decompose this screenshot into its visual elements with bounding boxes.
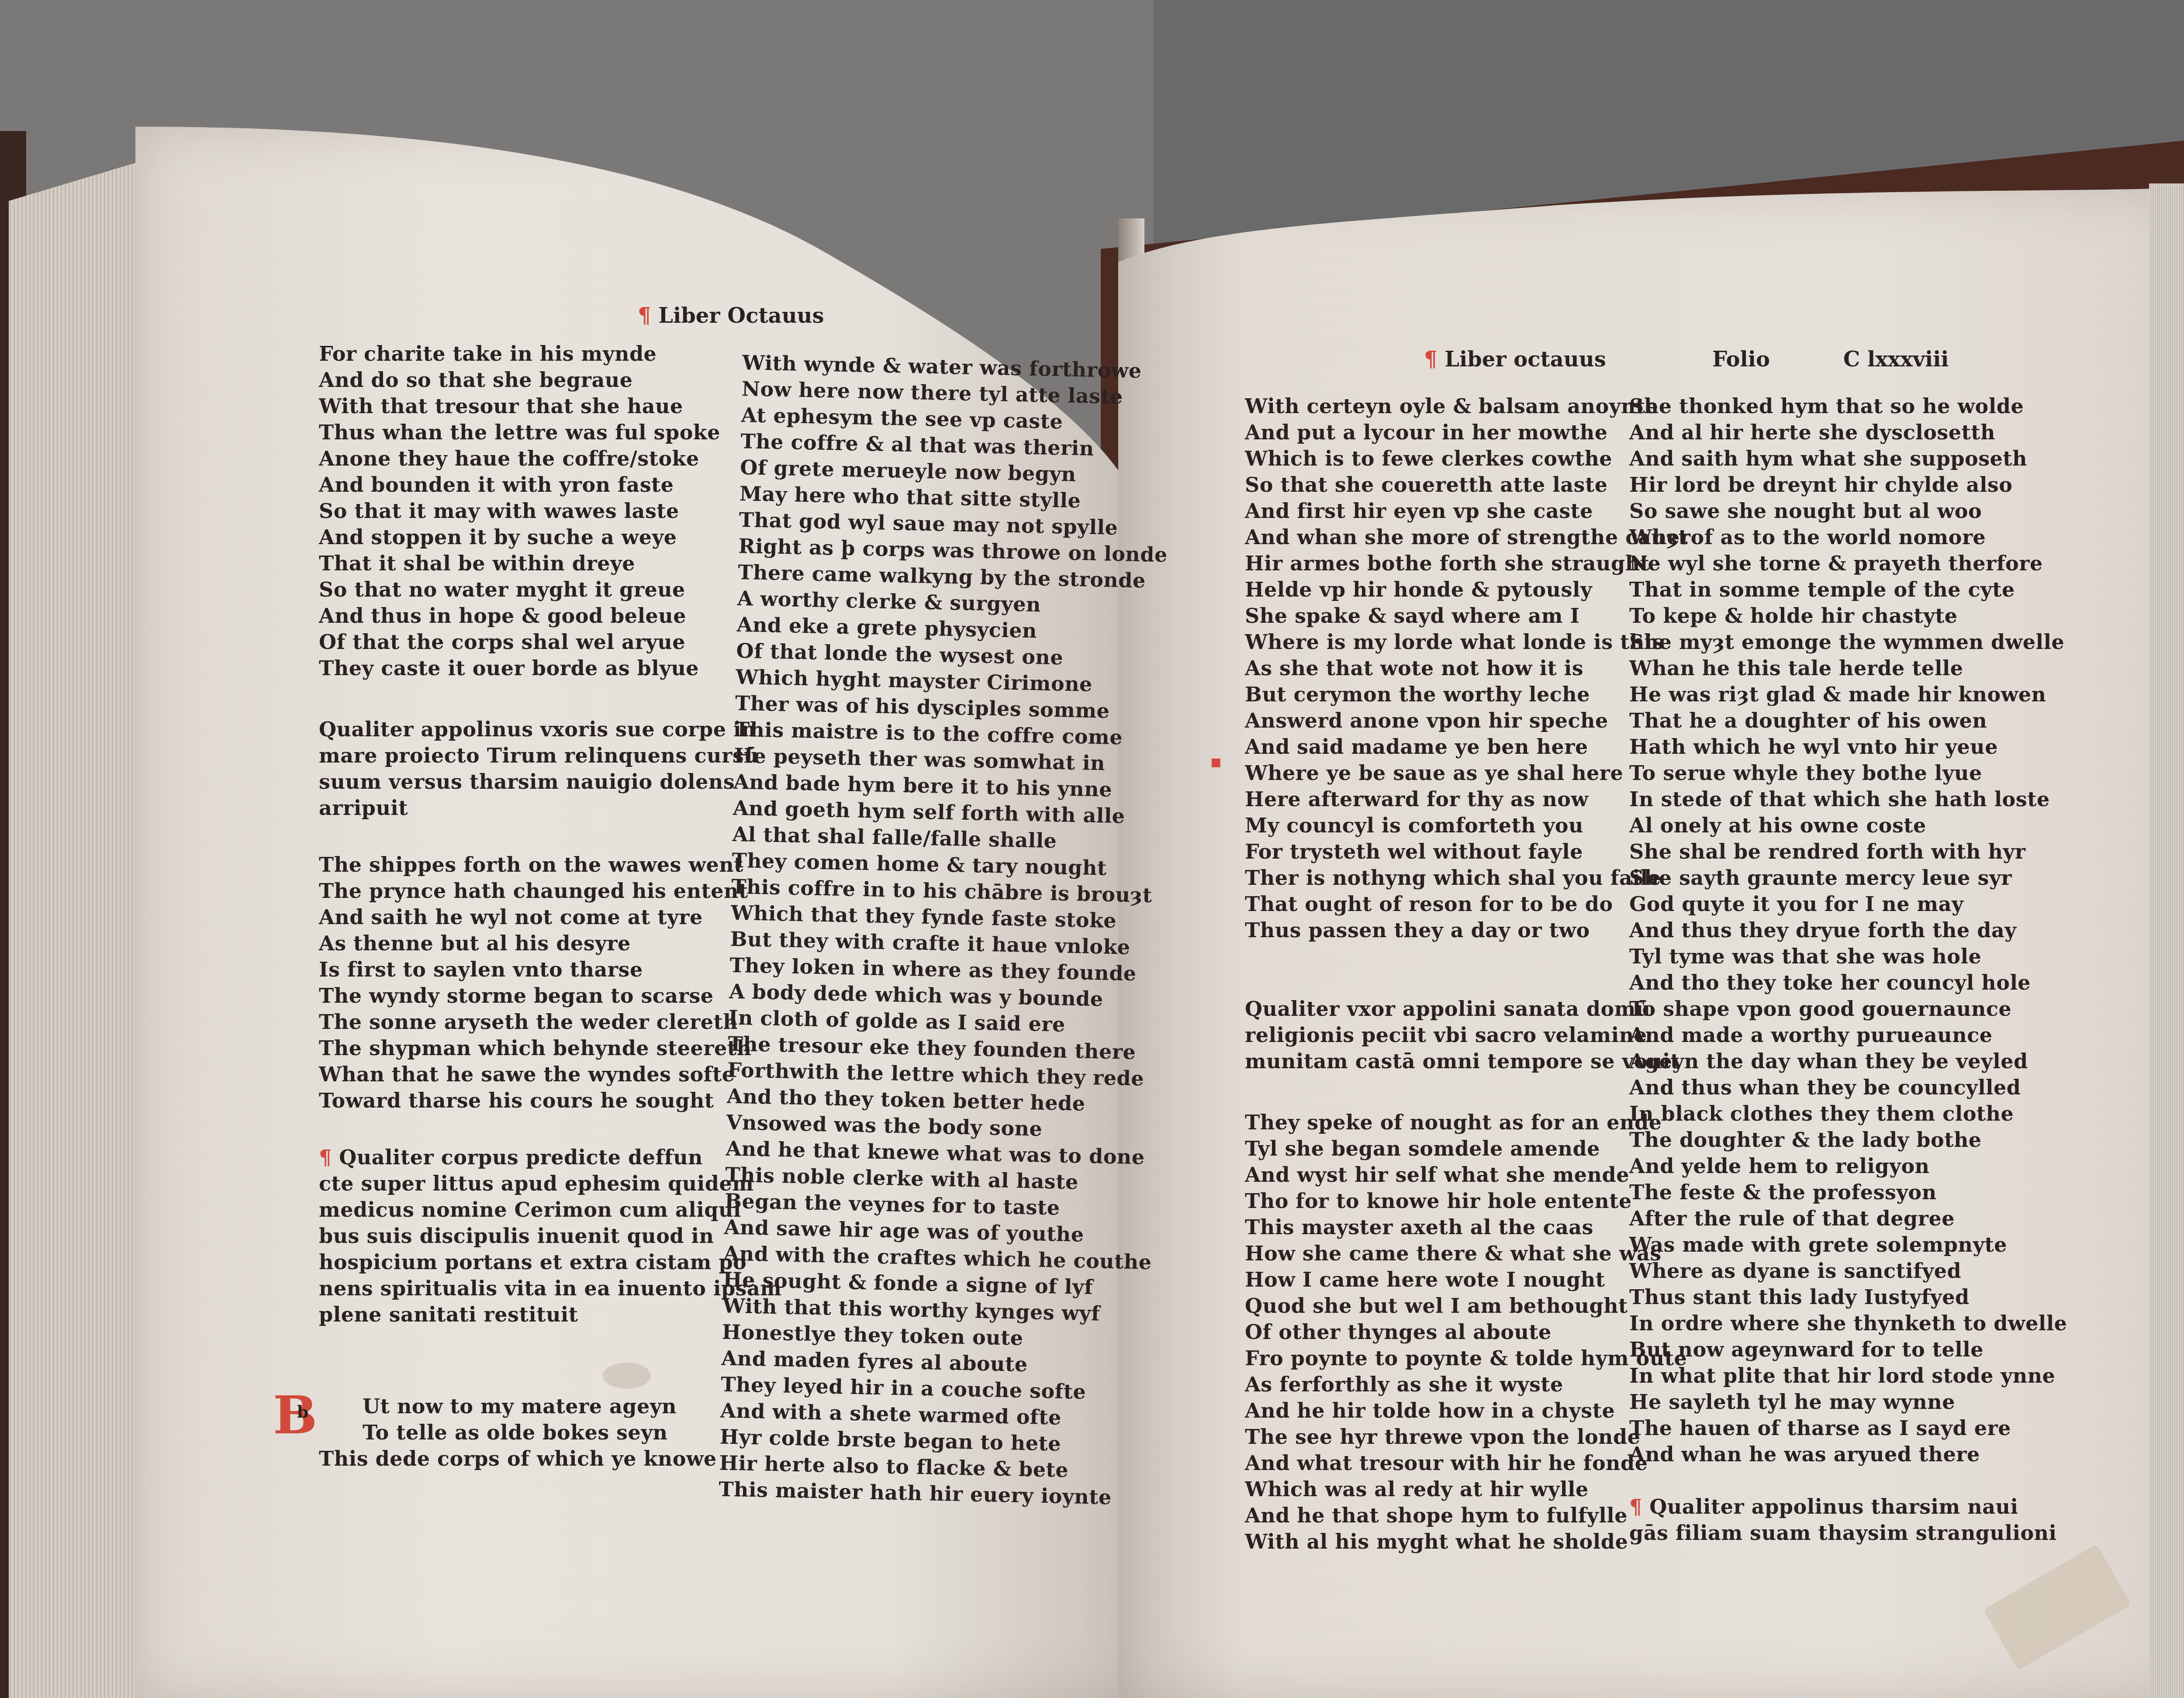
verse-line: Fro poynte to poynte & tolde hym oute bbox=[1245, 1345, 1688, 1371]
rubric-mark: ▪ bbox=[1210, 751, 1222, 772]
verse-line: And yelde hem to religyon bbox=[1629, 1153, 2067, 1179]
verse-line: In what plite that hir lord stode ynne bbox=[1629, 1363, 2067, 1389]
verse-line: In ordre where she thynketh to dwelle bbox=[1629, 1310, 2067, 1336]
verse-line: So that no water myght it greue bbox=[319, 576, 782, 603]
verse-line: Tyl she began somdele amende bbox=[1245, 1135, 1688, 1162]
verse-line: He sayleth tyl he may wynne bbox=[1629, 1389, 2067, 1415]
verse-line: For trysteth wel without fayle bbox=[1245, 839, 1688, 865]
verse-line: As ferforthly as she it wyste bbox=[1245, 1371, 1688, 1398]
verse-line: Tho for to knowe hir hole entente bbox=[1245, 1188, 1688, 1214]
verse-line: Wherof as to the world nomore bbox=[1629, 524, 2067, 550]
verse-line: She shal be rendred forth with hyr bbox=[1629, 839, 2067, 865]
verse-line: So sawe she nought but al woo bbox=[1629, 498, 2067, 524]
verse-line: Ther is nothyng which shal you faile bbox=[1245, 865, 1688, 891]
verse-line: Is first to saylen vnto tharse bbox=[319, 956, 782, 983]
latin-gloss-line: religionis peciit vbi sacro velamine bbox=[1245, 1022, 1688, 1048]
verse-line: As she that wote not how it is bbox=[1245, 655, 1688, 681]
verse-line: And said madame ye ben here bbox=[1245, 734, 1688, 760]
verse-line: And saith hym what she supposeth bbox=[1629, 445, 2067, 472]
rubricated-initial: B bbox=[273, 1384, 317, 1446]
verse-line: Where is my lorde what londe is this bbox=[1245, 629, 1688, 655]
verse-line: So that she coueretth atte laste bbox=[1245, 472, 1688, 498]
verse-line: Al onely at his owne coste bbox=[1629, 812, 2067, 839]
latin-text: Qualiter appolinus tharsim naui bbox=[1649, 1495, 2018, 1519]
verse-line: And he hir tolde how in a chyste bbox=[1245, 1398, 1688, 1424]
verse-line: As thenne but al his desyre bbox=[319, 930, 782, 956]
verse-line: In stede of that which she hath loste bbox=[1629, 786, 2067, 812]
latin-gloss-line: gās filiam suam thaysim strangulioni bbox=[1629, 1520, 2067, 1546]
pilcrow-icon: ¶ bbox=[638, 304, 651, 328]
latin-gloss-line: Qualiter vxor appolini sanata domū bbox=[1245, 996, 1688, 1022]
latin-gloss-line: cte super littus apud ephesim quidem bbox=[319, 1170, 782, 1197]
verse-line: Where as dyane is sanctifyed bbox=[1629, 1258, 2067, 1284]
latin-gloss-line: munitam castā omni tempore se vouit bbox=[1245, 1048, 1688, 1074]
verse-line: But cerymon the worthy leche bbox=[1245, 681, 1688, 707]
verse-line: And whan he was aryued there bbox=[1629, 1441, 2067, 1467]
verse-line: She sayth graunte mercy leue syr bbox=[1629, 865, 2067, 891]
verse-line: And do so that she begraue bbox=[319, 367, 782, 393]
verse-line: And bounden it with yron faste bbox=[319, 472, 782, 498]
verse-line: And he that shope hym to fulfylle bbox=[1245, 1502, 1688, 1529]
pilcrow-icon: ¶ bbox=[319, 1146, 332, 1169]
running-head-title: Liber Octauus bbox=[658, 304, 824, 328]
verse-line: How I came here wote I nought bbox=[1245, 1267, 1688, 1293]
verse-line: With al his myght what he sholde bbox=[1245, 1529, 1688, 1555]
verse-line: Whan he this tale herde telle bbox=[1629, 655, 2067, 681]
verse-line: And whan she more of strengthe cauȝt bbox=[1245, 524, 1688, 550]
verse-line: This mayster axeth al the caas bbox=[1245, 1214, 1688, 1240]
verse-line: And saith he wyl not come at tyre bbox=[319, 904, 782, 930]
verse-line: That it shal be within dreye bbox=[319, 550, 782, 576]
verse-line: Hir lord be dreynt hir chylde also bbox=[1629, 472, 2067, 498]
verse-line: Hath which he wyl vnto hir yeue bbox=[1629, 734, 2067, 760]
left-running-head: ¶ Liber Octauus bbox=[638, 304, 824, 328]
verse-line: Answerd anone vpon hir speche bbox=[1245, 707, 1688, 734]
running-head-title: Liber octauus bbox=[1444, 347, 1606, 372]
verse-line: And put a lycour in her mowthe bbox=[1245, 419, 1688, 445]
verse-line: And thus whan they be councylled bbox=[1629, 1074, 2067, 1101]
latin-gloss-line: nens spiritualis vita in ea inuento ipsa… bbox=[319, 1275, 782, 1301]
pilcrow-icon: ¶ bbox=[1629, 1495, 1642, 1519]
verse-line: The hauen of tharse as I sayd ere bbox=[1629, 1415, 2067, 1441]
verse-line: He was riȝt glad & made hir knowen bbox=[1629, 681, 2067, 707]
verse-line: That he a doughter of his owen bbox=[1629, 707, 2067, 734]
folio-label: Folio bbox=[1712, 347, 1770, 372]
verse-line: They caste it ouer borde as blyue bbox=[319, 655, 782, 681]
verse-line: For charite take in his mynde bbox=[319, 341, 782, 367]
verse-line: To shape vpon good gouernaunce bbox=[1629, 996, 2067, 1022]
verse-line: Where ye be saue as ye shal here bbox=[1245, 760, 1688, 786]
verse-line: Thus whan the lettre was ful spoke bbox=[319, 419, 782, 445]
verse-line: Here afterward for thy as now bbox=[1245, 786, 1688, 812]
verse-line: With certeyn oyle & balsam anoynte bbox=[1245, 393, 1688, 419]
verse-line: So that it may with wawes laste bbox=[319, 498, 782, 524]
verse-line: My councyl is comforteth you bbox=[1245, 812, 1688, 839]
verse-line: This dede corps of which ye knowe bbox=[319, 1446, 782, 1472]
verse-line: God quyte it you for I ne may bbox=[1629, 891, 2067, 917]
verse-line: Tyl tyme was that she was hole bbox=[1629, 943, 2067, 970]
latin-gloss-line: Qualiter appolinus vxoris sue corpe in bbox=[319, 716, 782, 742]
right-running-head: ¶ Liber octauus bbox=[1424, 347, 1606, 372]
verse-line: The see hyr threwe vpon the londe bbox=[1245, 1424, 1688, 1450]
verse-line: The shippes forth on the wawes went bbox=[319, 852, 782, 878]
verse-line: Ut now to my matere ageyn bbox=[319, 1393, 782, 1419]
verse-line: Ne wyl she torne & prayeth therfore bbox=[1629, 550, 2067, 576]
verse-line: After the rule of that degree bbox=[1629, 1205, 2067, 1232]
verse-line: How she came there & what she was bbox=[1245, 1240, 1688, 1267]
verse-line: That in somme temple of the cyte bbox=[1629, 576, 2067, 603]
latin-gloss-line: ¶ Qualiter corpus predicte deffun bbox=[319, 1144, 782, 1170]
verse-line: And what tresour with hir he fonde bbox=[1245, 1450, 1688, 1476]
verse-line: Whan that he sawe the wyndes softe bbox=[319, 1061, 782, 1087]
verse-line: Of that the corps shal wel aryue bbox=[319, 629, 782, 655]
verse-line: With that tresour that she haue bbox=[319, 393, 782, 419]
right-page-stack-edge bbox=[2149, 183, 2184, 1698]
pilcrow-icon: ¶ bbox=[1424, 347, 1438, 372]
verse-line: But now ageynward for to telle bbox=[1629, 1336, 2067, 1363]
latin-gloss-line: medicus nomine Cerimon cum aliqui bbox=[319, 1197, 782, 1223]
verse-line: The doughter & the lady bothe bbox=[1629, 1127, 2067, 1153]
verse-line: And al hir herte she dysclosetth bbox=[1629, 419, 2067, 445]
verse-line: Toward tharse his cours he sought bbox=[319, 1087, 782, 1114]
verse-line: The feste & the professyon bbox=[1629, 1179, 2067, 1205]
left-page-stack-edge bbox=[9, 162, 140, 1698]
folio-number: C lxxxviii bbox=[1843, 347, 1949, 372]
verse-line: To serue whyle they bothe lyue bbox=[1629, 760, 2067, 786]
latin-text: Qualiter corpus predicte deffun bbox=[339, 1146, 703, 1169]
verse-line: And wyst hir self what she mende bbox=[1245, 1162, 1688, 1188]
verse-line: That ought of reson for to be do bbox=[1245, 891, 1688, 917]
verse-line: And stoppen it by suche a weye bbox=[319, 524, 782, 550]
verse-line: Which is to fewe clerkes cowthe bbox=[1245, 445, 1688, 472]
verse-line: The shypman which behynde steereth bbox=[319, 1035, 782, 1061]
verse-line: Anone they haue the coffre/stoke bbox=[319, 445, 782, 472]
latin-gloss-line: arripuit bbox=[319, 795, 782, 821]
left-page-column-1: For charite take in his mynde And do so … bbox=[319, 341, 782, 1472]
latin-gloss-line: ¶ Qualiter appolinus tharsim naui bbox=[1629, 1494, 2067, 1520]
left-page-column-2: With wynde & water was forthrowe Now her… bbox=[719, 349, 1172, 1511]
verse-line: Of other thynges al aboute bbox=[1245, 1319, 1688, 1345]
verse-line: And tho they toke her councyl hole bbox=[1629, 970, 2067, 996]
verse-line: Was made with grete solempnyte bbox=[1629, 1232, 2067, 1258]
verse-line: She thonked hym that so he wolde bbox=[1629, 393, 2067, 419]
verse-line: In black clothes they them clothe bbox=[1629, 1101, 2067, 1127]
verse-line: And first hir eyen vp she caste bbox=[1245, 498, 1688, 524]
verse-line: She spake & sayd where am I bbox=[1245, 603, 1688, 629]
verse-line: The wyndy storme began to scarse bbox=[319, 983, 782, 1009]
guide-letter: b bbox=[297, 1402, 309, 1422]
verse-line: Ageyn the day whan they be veyled bbox=[1629, 1048, 2067, 1074]
verse-line: They speke of nought as for an ende bbox=[1245, 1109, 1688, 1135]
verse-line: She myȝt emonge the wymmen dwelle bbox=[1629, 629, 2067, 655]
latin-gloss-line: bus suis discipulis inuenit quod in bbox=[319, 1223, 782, 1249]
verse-line: Hir armes bothe forth she straught bbox=[1245, 550, 1688, 576]
verse-line: The sonne aryseth the weder clereth bbox=[319, 1009, 782, 1035]
right-page-column-1: With certeyn oyle & balsam anoynte And p… bbox=[1245, 393, 1688, 1555]
verse-line: Thus passen they a day or two bbox=[1245, 917, 1688, 943]
right-page-column-2: She thonked hym that so he wolde And al … bbox=[1629, 393, 2067, 1546]
verse-line: Thus stant this lady Iustyfyed bbox=[1629, 1284, 2067, 1310]
verse-line: Which was al redy at hir wylle bbox=[1245, 1476, 1688, 1502]
latin-gloss-line: suum versus tharsim nauigio dolens bbox=[319, 769, 782, 795]
verse-line: To kepe & holde hir chastyte bbox=[1629, 603, 2067, 629]
verse-line: The prynce hath chaunged his entent bbox=[319, 878, 782, 904]
latin-gloss-line: mare proiecto Tirum relinquens cursū bbox=[319, 742, 782, 769]
latin-gloss-line: plene sanitati restituit bbox=[319, 1301, 782, 1328]
verse-line: Helde vp hir honde & pytously bbox=[1245, 576, 1688, 603]
verse-line: And thus they dryue forth the day bbox=[1629, 917, 2067, 943]
verse-line: Quod she but wel I am bethought bbox=[1245, 1293, 1688, 1319]
verse-line: To telle as olde bokes seyn bbox=[319, 1419, 782, 1446]
verse-line: And thus in hope & good beleue bbox=[319, 603, 782, 629]
verse-line: And made a worthy purueaunce bbox=[1629, 1022, 2067, 1048]
latin-gloss-line: hospicium portans et extra cistam po bbox=[319, 1249, 782, 1275]
